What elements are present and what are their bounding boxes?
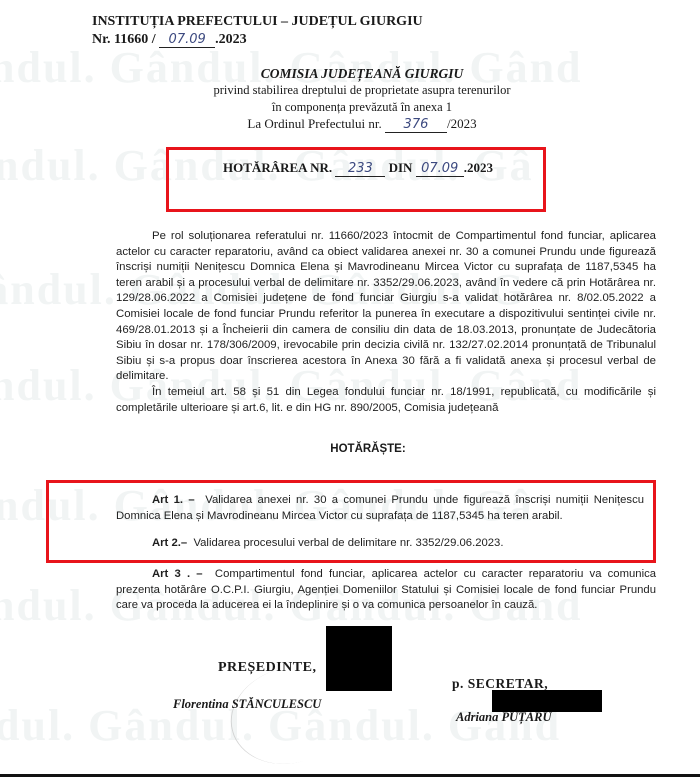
redacted-signature <box>326 626 392 691</box>
article-text: Validarea procesului verbal de delimitar… <box>193 537 503 549</box>
legal-basis-text: În temeiul art. 58 și 51 din Legea fondu… <box>116 386 656 414</box>
president-name: Florentina STĂNCULESCU <box>173 697 321 712</box>
preamble-text: Pe rol soluționarea referatului nr. 1166… <box>116 230 656 382</box>
preamble-paragraph: Pe rol soluționarea referatului nr. 1166… <box>116 229 656 385</box>
decides-heading: HOTĂRĂȘTE: <box>18 443 700 455</box>
article-text: Validarea anexei nr. 30 a comunei Prundu… <box>116 494 644 522</box>
order-year: /2023 <box>447 116 477 131</box>
article-3: Art 3 . – Compartimentul fond funciar, a… <box>116 567 656 614</box>
registration-year: .2023 <box>215 32 247 47</box>
order-prefix: La Ordinul Prefectului nr. <box>247 116 381 131</box>
institution-title: INSTITUȚIA PREFECTULUI – JUDEȚUL GIURGIU <box>92 14 423 30</box>
redacted-signature <box>492 690 602 712</box>
article-2: Art 2.– Validarea procesului verbal de d… <box>152 536 503 552</box>
registration-number: Nr. 11660 / 07.09.2023 <box>92 32 247 48</box>
article-label: Art 3 . – <box>152 568 203 580</box>
prefect-order: La Ordinul Prefectului nr. 376/2023 <box>12 116 700 133</box>
decision-highlight-box <box>166 147 546 212</box>
article-label: Art 2.– <box>152 537 187 549</box>
order-number-handwritten: 376 <box>385 117 447 133</box>
decision-label: HOTĂRÂREA NR. <box>223 160 332 175</box>
decision-date-handwritten: 07.09 <box>416 161 464 177</box>
president-label: PREȘEDINTE, <box>218 660 316 676</box>
commission-subtitle: privind stabilirea dreptului de propriet… <box>12 83 700 98</box>
decision-year: .2023 <box>464 160 493 175</box>
secretary-name: Adriana PUȚARU <box>456 710 552 725</box>
registration-date-handwritten: 07.09 <box>159 32 215 48</box>
commission-subtitle: în componența prevăzută în anexa 1 <box>12 100 700 115</box>
registration-prefix: Nr. 11660 / <box>92 32 159 47</box>
article-1: Art 1. – Validarea anexei nr. 30 a comun… <box>116 493 644 524</box>
legal-basis-paragraph: În temeiul art. 58 și 51 din Legea fondu… <box>116 385 656 416</box>
decision-number-handwritten: 233 <box>335 161 385 177</box>
commission-title: COMISIA JUDEȚEANĂ GIURGIU <box>12 66 700 82</box>
decision-din: DIN <box>389 160 413 175</box>
decision-title: HOTĂRÂREA NR. 233 DIN 07.09.2023 <box>8 160 700 177</box>
article-label: Art 1. – <box>152 494 195 506</box>
